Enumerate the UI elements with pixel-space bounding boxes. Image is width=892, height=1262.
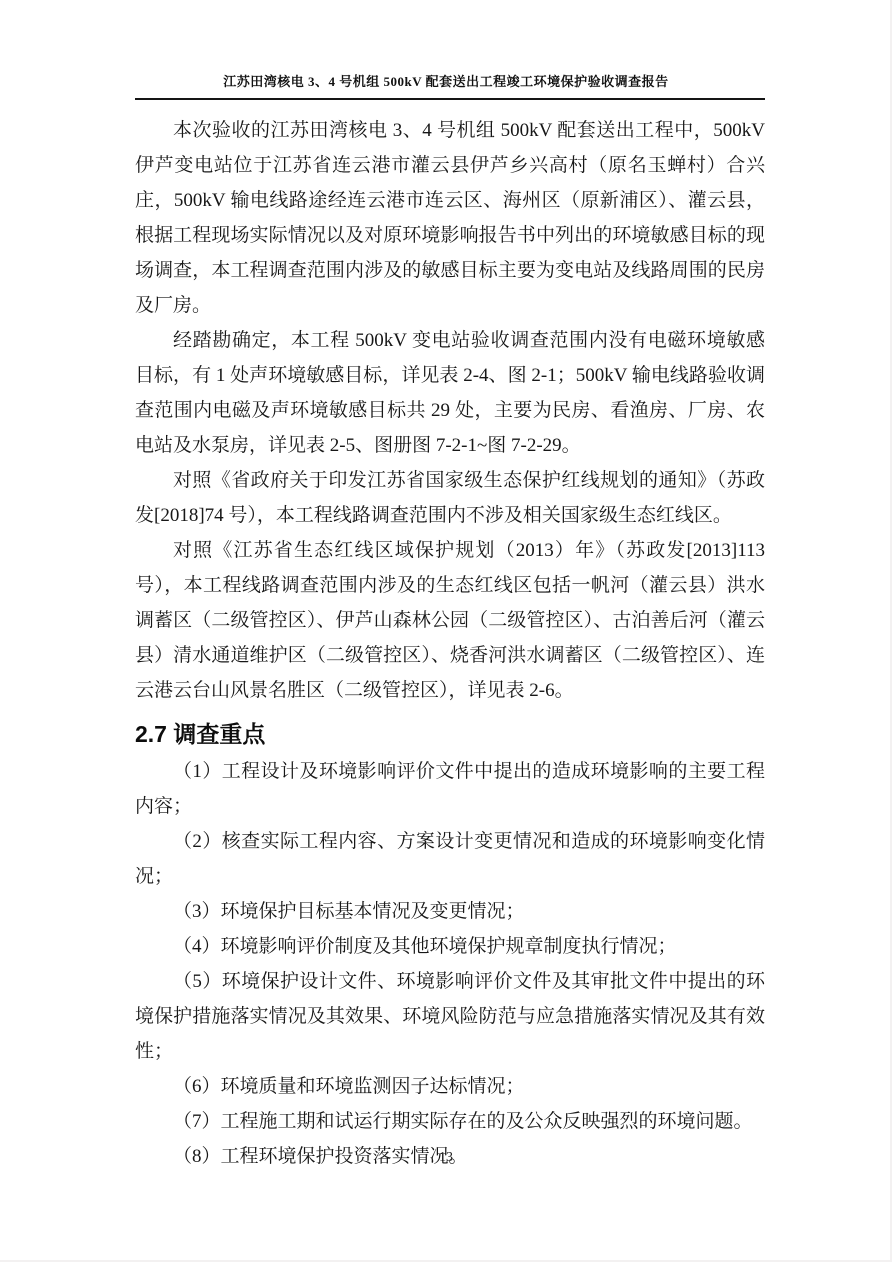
header-rule bbox=[135, 98, 765, 100]
page-header: 江苏田湾核电 3、4 号机组 500kV 配套送出工程竣工环境保护验收调查报告 bbox=[0, 0, 892, 100]
document-body: 本次验收的江苏田湾核电 3、4 号机组 500kV 配套送出工程中，500kV … bbox=[135, 113, 765, 1174]
list-item-2: （2）核查实际工程内容、方案设计变更情况和造成的环境影响变化情况； bbox=[135, 824, 765, 894]
paragraph-4: 对照《江苏省生态红线区域保护规划（2013）年》（苏政发[2013]113 号）… bbox=[135, 533, 765, 708]
list-item-6: （6）环境质量和环境监测因子达标情况； bbox=[135, 1069, 765, 1104]
list-item-5: （5）环境保护设计文件、环境影响评价文件及其审批文件中提出的环境保护措施落实情况… bbox=[135, 964, 765, 1069]
list-item-1: （1）工程设计及环境影响评价文件中提出的造成环境影响的主要工程内容； bbox=[135, 754, 765, 824]
paragraph-2: 经踏勘确定，本工程 500kV 变电站验收调查范围内没有电磁环境敏感目标，有 1… bbox=[135, 323, 765, 463]
list-item-4: （4）环境影响评价制度及其他环境保护规章制度执行情况； bbox=[135, 929, 765, 964]
page-footer: 13 bbox=[0, 1150, 892, 1166]
list-item-3: （3）环境保护目标基本情况及变更情况； bbox=[135, 894, 765, 929]
section-heading: 2.7 调查重点 bbox=[135, 717, 765, 751]
list-item-7: （7）工程施工期和试运行期实际存在的及公众反映强烈的环境问题。 bbox=[135, 1104, 765, 1139]
paragraph-1: 本次验收的江苏田湾核电 3、4 号机组 500kV 配套送出工程中，500kV … bbox=[135, 113, 765, 323]
page-number: 13 bbox=[439, 1150, 453, 1165]
paragraph-3: 对照《省政府关于印发江苏省国家级生态保护红线规划的通知》（苏政发[2018]74… bbox=[135, 463, 765, 533]
document-page: 江苏田湾核电 3、4 号机组 500kV 配套送出工程竣工环境保护验收调查报告 … bbox=[0, 0, 892, 1262]
header-title: 江苏田湾核电 3、4 号机组 500kV 配套送出工程竣工环境保护验收调查报告 bbox=[0, 0, 892, 90]
